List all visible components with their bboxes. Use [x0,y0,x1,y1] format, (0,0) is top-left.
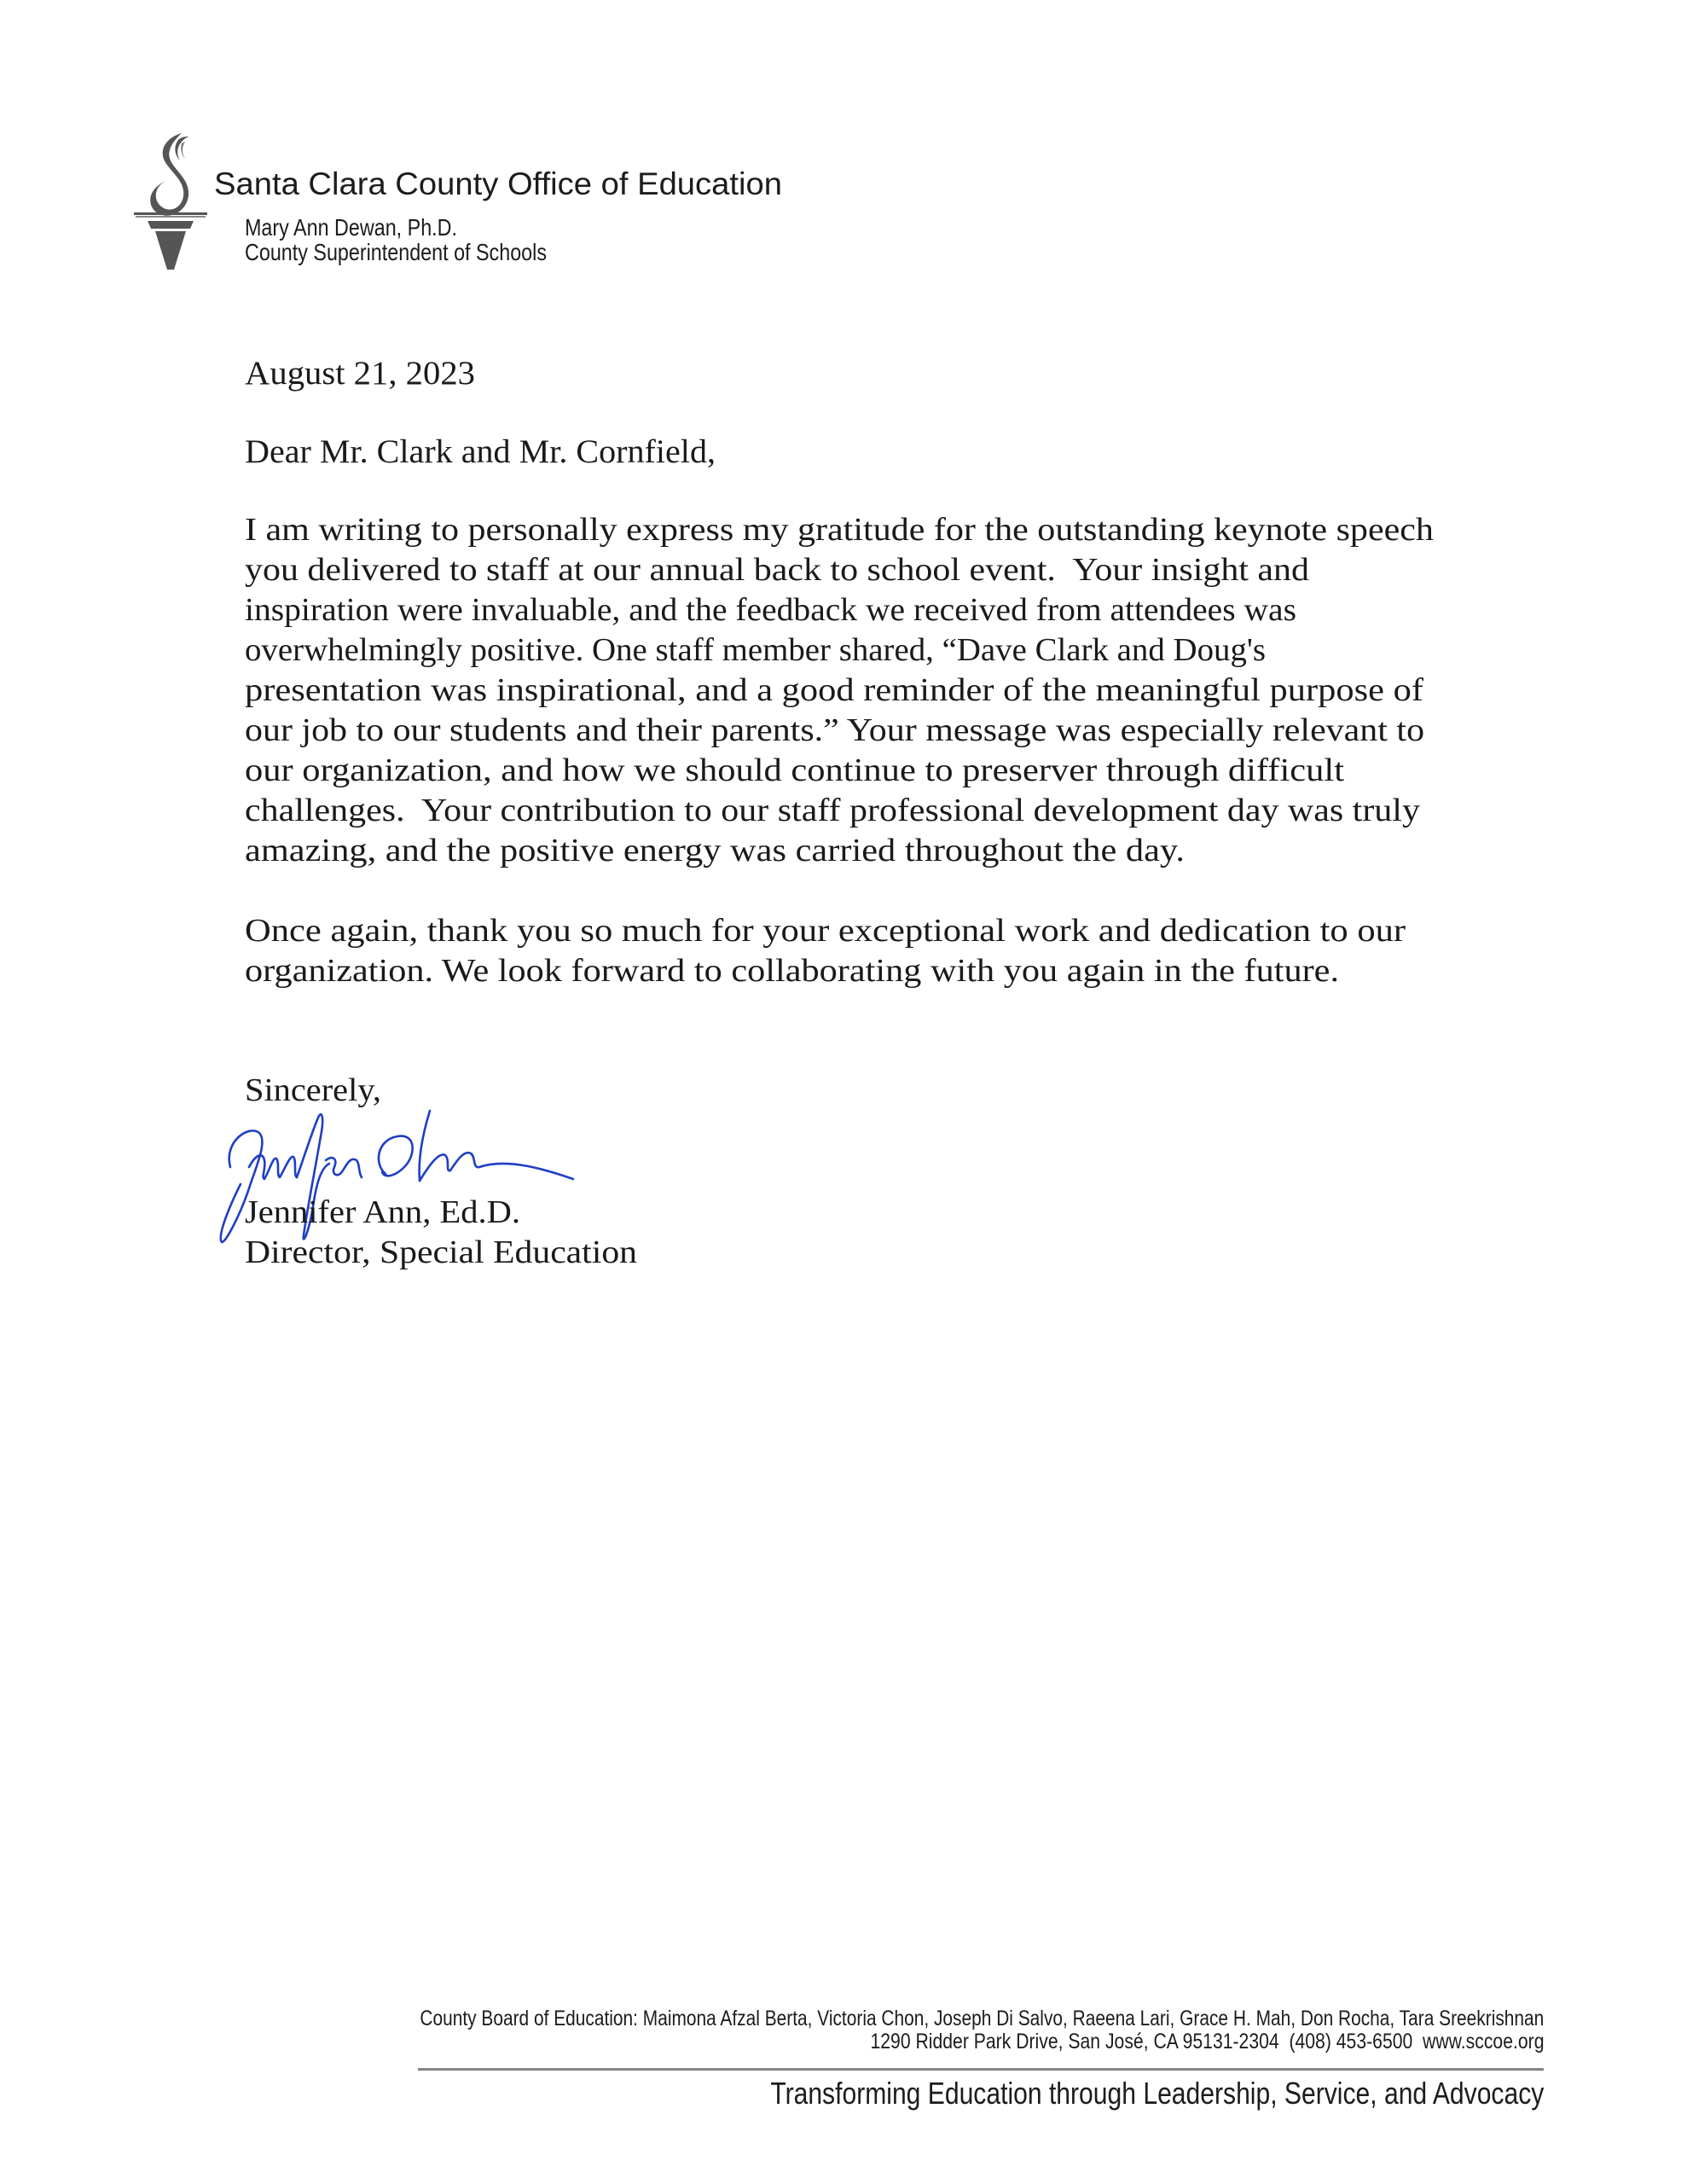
footer-divider [418,2068,1544,2071]
body-line: overwhelmingly positive. One staff membe… [245,634,1243,666]
body-line: our organization, and how we should cont… [245,754,1227,787]
body-line: amazing, and the positive energy was car… [245,834,1087,867]
body-line: you delivered to staff at our annual bac… [245,554,1209,586]
organization-name: Santa Clara County Office of Education [214,168,764,200]
letter-date: August 21, 2023 [245,357,466,390]
superintendent-name: Mary Ann Dewan, Ph.D. [245,216,500,240]
body-line: I am writing to personally express my gr… [245,514,1319,546]
torch-logo-icon [132,130,209,273]
signature-icon [215,1107,599,1252]
body-line: presentation was inspirational, and a go… [245,674,1300,706]
signer-title: Director, Special Education [245,1236,602,1269]
footer-address: 1290 Ridder Park Drive, San José, CA 951… [749,2031,1544,2053]
board-members: County Board of Education: Maimona Afzal… [200,2008,1544,2030]
footer-tagline: Transforming Education through Leadershi… [618,2078,1544,2109]
body-line: Once again, thank you so much for your e… [245,915,1282,947]
body-line: inspiration were invaluable, and the fee… [245,594,1255,626]
body-line: organization. We look forward to collabo… [245,955,1228,987]
closing: Sincerely, [245,1074,374,1107]
signer-name: Jennifer Ann, Ed.D. [245,1196,503,1228]
superintendent-title: County Superintendent of Schools [245,241,607,264]
salutation: Dear Mr. Clark and Mr. Cornfield, [245,435,703,468]
body-line: challenges. Your contribution to our sta… [245,794,1309,827]
body-line: our job to our students and their parent… [245,714,1313,746]
